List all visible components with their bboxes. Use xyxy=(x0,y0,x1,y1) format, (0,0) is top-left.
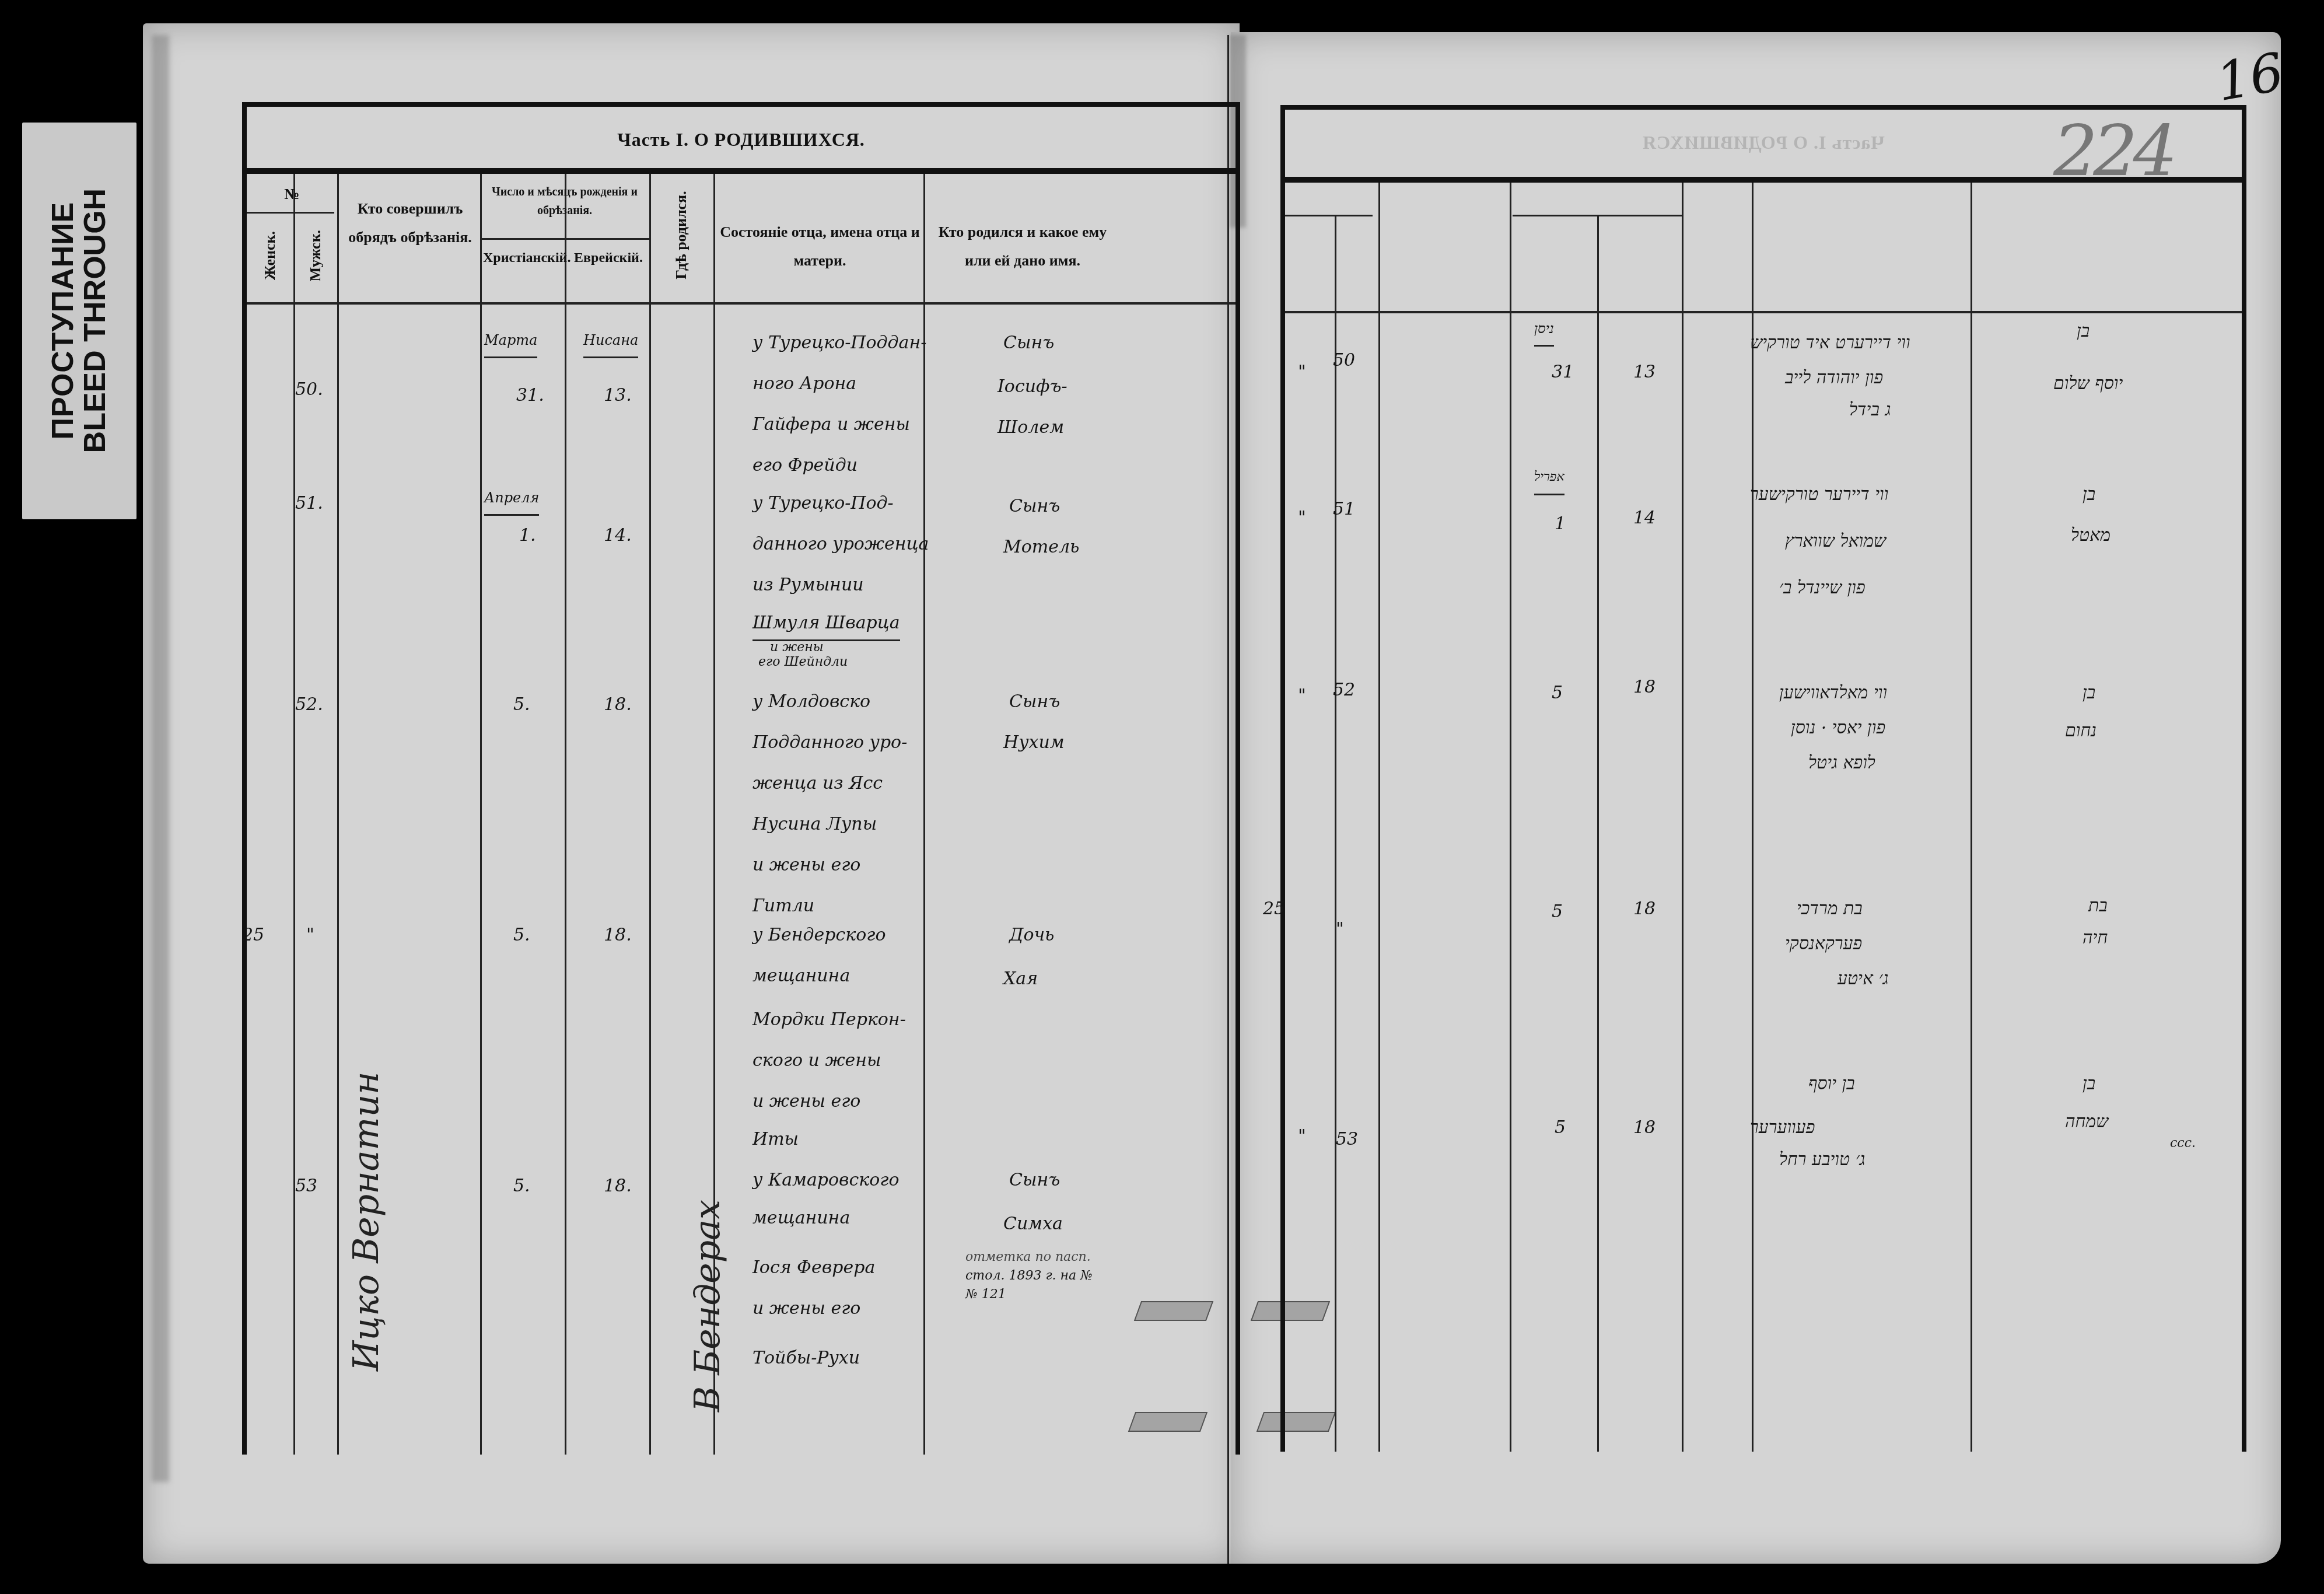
entry-25-jewish-day: 18. xyxy=(604,919,632,952)
entry-25-male-ditto: " xyxy=(306,919,314,952)
col-rule xyxy=(1752,183,1753,1452)
r-entry-51-child-1: בן xyxy=(2082,478,2095,511)
parents-line: у Турецко-Поддан- xyxy=(752,327,926,359)
col-rule xyxy=(565,174,566,1455)
binding-tear xyxy=(1128,1412,1207,1432)
r-entry-52-female: " xyxy=(1298,680,1306,712)
r-entry-53-male: 53 xyxy=(1336,1123,1358,1156)
r-entry-53-day2: 18 xyxy=(1633,1111,1655,1144)
r-entry-51-day1: 1 xyxy=(1555,508,1566,540)
r-entry-25-parents-1: בת מרדכי xyxy=(1797,893,1863,925)
r-entry-25-child-2: חיה xyxy=(2082,922,2108,955)
dates-subrule xyxy=(480,238,649,240)
header-male: Мужск. xyxy=(307,209,324,302)
header-dates-group: Число и мѣсяцъ рожденія и обрѣзанія. xyxy=(483,183,646,220)
r-entry-51-month1: אפריל xyxy=(1534,461,1564,495)
entry-50-child-sex: Сынъ xyxy=(1003,327,1054,359)
r-entry-25-day1: 5 xyxy=(1552,896,1563,928)
entry-50-jewish-month: Нисана xyxy=(583,324,638,358)
header-child: Кто родился и какое ему или ей дано имя. xyxy=(929,218,1116,275)
label-english: BLEED THROUGH xyxy=(79,188,111,453)
r-entry-52-parents-2: פון יאסי · נוסן xyxy=(1791,712,1885,744)
parents-line: Иты xyxy=(752,1123,799,1156)
entry-53-christian-day: 5. xyxy=(513,1170,530,1203)
parents-line: Гитли xyxy=(752,890,814,922)
dates-subrule xyxy=(1513,215,1682,216)
folio-number: 16 xyxy=(2212,41,2288,113)
parents-line: мещанина xyxy=(752,1202,850,1235)
r-entry-53-female: " xyxy=(1298,1120,1306,1153)
parents-line: и жены его xyxy=(752,1085,860,1118)
parents-line: у Молдовско xyxy=(752,686,870,718)
document-spread: ПРОСТУПАНИЕ BLEED THROUGH Часть I. О РОД… xyxy=(0,0,2324,1594)
water-stain-left xyxy=(152,35,169,1482)
r-entry-51-male: 51 xyxy=(1333,493,1355,526)
performer-vertical-text: Ицко Вернатин xyxy=(350,1071,383,1371)
r-entry-50-female: " xyxy=(1298,356,1306,389)
entry-50-jewish-day: 13. xyxy=(604,379,632,412)
r-entry-52-male: 52 xyxy=(1333,674,1355,707)
entry-53-child-note-1: отметка по пасп. xyxy=(965,1249,1091,1266)
entry-53-child-name: Симха xyxy=(1003,1208,1063,1240)
header-bottom-rule xyxy=(247,302,1235,305)
r-entry-25-parents-2: פערקאנסקי xyxy=(1785,928,1862,960)
r-entry-53-day1: 5 xyxy=(1555,1111,1566,1144)
header-where-born: Гдѣ родился. xyxy=(673,186,690,285)
r-entry-50-child-2: יוסף שלום xyxy=(2053,368,2123,400)
r-entry-25-female: 25 xyxy=(1263,893,1285,925)
entry-50-christian-month: Марта xyxy=(484,324,537,358)
entry-52-child-sex: Сынъ xyxy=(1009,686,1060,718)
parents-line: мещанина xyxy=(752,960,850,992)
r-entry-51-day2: 14 xyxy=(1633,502,1655,534)
r-entry-53-parents-2: פעווערער xyxy=(1750,1111,1815,1144)
col-rule xyxy=(923,174,925,1455)
parents-line: Іося Феврера xyxy=(752,1252,875,1284)
r-entry-53-parents-3: ג׳ טויבע רחל xyxy=(1779,1144,1866,1176)
r-entry-52-parents-1: ווי מאלדאווישען xyxy=(1779,677,1887,709)
entry-52-number: 52. xyxy=(295,688,323,721)
entry-25-child-name: Хая xyxy=(1003,963,1038,995)
r-entry-51-parents-1: ווי דיירער טורקישער xyxy=(1750,478,1888,511)
parents-line: из Румынии xyxy=(752,569,864,602)
entry-25-child-sex: Дочь xyxy=(1009,919,1054,952)
header-parents: Состояніе отца, имена отца и матери. xyxy=(719,218,921,275)
entry-52-jewish-day: 18. xyxy=(604,688,632,721)
parents-line: Подданного уро- xyxy=(752,726,907,759)
number-subrule xyxy=(1285,215,1373,216)
r-entry-53-child-1: בן xyxy=(2082,1068,2095,1100)
entry-25-female-number: 25 xyxy=(242,919,264,952)
entry-53-number: 53 xyxy=(295,1170,317,1203)
entry-51-christian-day: 1. xyxy=(519,519,536,552)
parents-line: его Фрейди xyxy=(752,449,857,482)
col-rule xyxy=(1378,183,1380,1452)
col-rule xyxy=(1597,215,1599,1452)
binding-tear xyxy=(1134,1301,1213,1321)
col-rule xyxy=(649,174,651,1455)
entry-52-child-name: Нухим xyxy=(1003,726,1065,759)
r-entry-50-parents-1: ווי דיירערט איד טורקיש xyxy=(1750,327,1910,359)
col-rule xyxy=(337,174,339,1455)
r-entry-25-day2: 18 xyxy=(1633,893,1655,925)
entry-53-jewish-day: 18. xyxy=(604,1170,632,1203)
left-title-band: Часть I. О РОДИВШИХСЯ. xyxy=(247,107,1235,174)
parents-line: Шмуля Шварца xyxy=(752,607,900,641)
r-entry-51-parents-3: פון שיינדל ב׳ xyxy=(1779,572,1866,604)
r-entry-53-parents-1: בן יוסף xyxy=(1808,1068,1855,1100)
r-entry-52-child-1: בן xyxy=(2082,677,2095,709)
parents-line: данного уроженца xyxy=(752,528,929,561)
header-number: № xyxy=(247,180,337,208)
parents-line: ского и жены xyxy=(752,1044,881,1077)
r-entry-51-female: " xyxy=(1298,502,1306,534)
r-entry-25-parents-3: ג׳ איטע xyxy=(1838,963,1888,995)
r-entry-51-child-2: מאטל xyxy=(2071,519,2110,552)
entry-25-christian-day: 5. xyxy=(513,919,530,952)
r-entry-52-child-2: נחום xyxy=(2065,715,2096,747)
r-entry-25-child-1: בת xyxy=(2088,890,2108,922)
parents-line: его Шейндли xyxy=(758,653,848,671)
entry-51-child-name: Мотель xyxy=(1003,531,1079,564)
r-entry-50-month1: ניסן xyxy=(1534,312,1554,347)
parents-line: Нусина Лупы xyxy=(752,808,877,841)
parents-line: Тойбы-Рухи xyxy=(752,1342,860,1375)
col-rule xyxy=(480,174,482,1455)
entry-51-jewish-day: 14. xyxy=(604,519,632,552)
col-rule xyxy=(1971,183,1972,1452)
entry-50-christian-day: 31. xyxy=(516,379,544,412)
col-rule xyxy=(1682,183,1683,1452)
where-born-vertical-text: В Бендерах xyxy=(691,1200,724,1412)
entry-53-child-note-3: № 121 xyxy=(965,1286,1006,1303)
r-entry-52-parents-3: לופא גיטל xyxy=(1808,747,1875,779)
entry-53-child-note-2: стол. 1893 г. на № xyxy=(965,1267,1093,1285)
r-entry-52-day2: 18 xyxy=(1633,671,1655,704)
stamp-page-number: 224 xyxy=(2053,111,2173,192)
header-performer: Кто совершилъ обрядъ обрѣзанія. xyxy=(343,194,477,252)
r-entry-50-day1: 31 xyxy=(1552,356,1574,389)
r-entry-53-child-2: שמחה xyxy=(2065,1106,2108,1138)
entry-50-child-name2: Шолем xyxy=(998,411,1064,444)
parents-line: и жены его xyxy=(752,1292,860,1325)
page-title: Часть I. О РОДИВШИХСЯ. xyxy=(247,129,1235,151)
parents-line: ного Арона xyxy=(752,368,856,400)
r-entry-52-day1: 5 xyxy=(1552,677,1563,709)
col-rule xyxy=(1335,215,1336,1452)
entry-50-number: 50. xyxy=(295,373,323,406)
parents-line: у Камаровского xyxy=(752,1164,900,1197)
col-rule xyxy=(293,174,295,1455)
col-rule xyxy=(1510,183,1511,1452)
header-bottom-rule xyxy=(1285,311,2242,313)
right-margin-note: ссс. xyxy=(2170,1135,2196,1152)
r-entry-50-child-1: בן xyxy=(2077,315,2089,348)
r-entry-50-day2: 13 xyxy=(1633,356,1655,389)
r-entry-50-parents-2: פון יוהודה לייב xyxy=(1785,362,1883,394)
entry-53-child-sex: Сынъ xyxy=(1009,1164,1060,1197)
entry-51-christian-month: Апреля xyxy=(484,481,539,516)
r-entry-50-male: 50 xyxy=(1333,344,1355,377)
parents-line: у Турецко-Под- xyxy=(752,487,894,520)
parents-line: женца из Ясс xyxy=(752,767,883,800)
r-entry-25-male: " xyxy=(1336,913,1344,946)
entry-52-christian-day: 5. xyxy=(513,688,530,721)
parents-line: Гайфера и жены xyxy=(752,408,910,441)
entry-51-child-sex: Сынъ xyxy=(1009,490,1060,523)
bleed-through-label: ПРОСТУПАНИЕ BLEED THROUGH xyxy=(22,123,136,519)
right-register-table: Часть I. О РОДИВШИХСЯ xyxy=(1280,105,2246,1452)
r-entry-51-parents-2: שמואל שווארץ xyxy=(1785,525,1886,558)
header-jewish: Еврейскій. xyxy=(568,247,649,269)
header-female: Женск. xyxy=(261,209,279,302)
entry-51-number: 51. xyxy=(295,487,323,520)
parents-line: Мордки Перкон- xyxy=(752,1004,906,1036)
label-russian: ПРОСТУПАНИЕ xyxy=(47,188,79,453)
parents-line: у Бендерского xyxy=(752,919,885,952)
header-christian: Христіанскій. xyxy=(483,247,565,269)
entry-50-child-name1: Іосифъ- xyxy=(998,370,1067,403)
parents-line: и жены его xyxy=(752,849,860,882)
r-entry-50-parents-3: ג בידל xyxy=(1849,394,1891,427)
